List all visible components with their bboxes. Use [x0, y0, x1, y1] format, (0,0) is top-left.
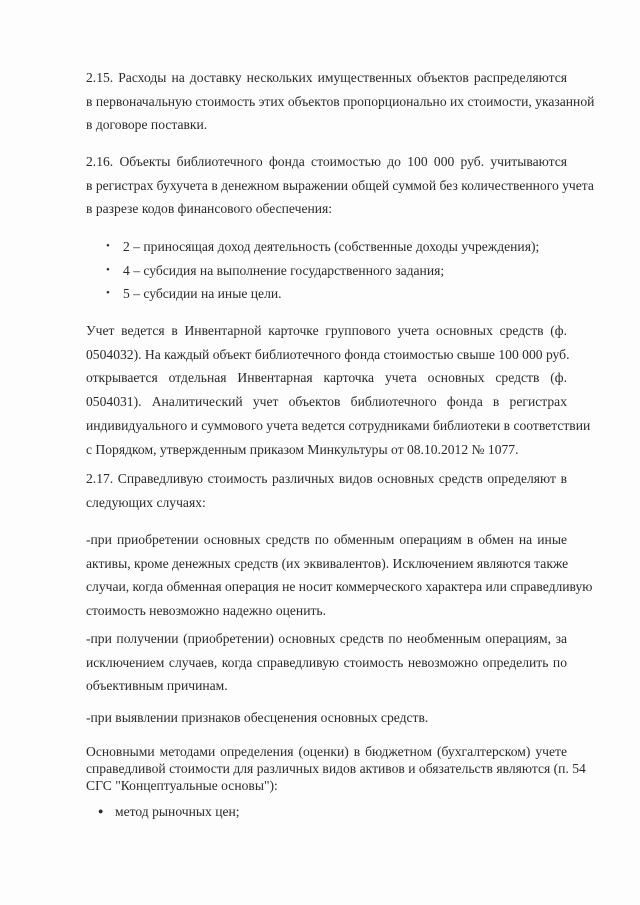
text-line: активы, кроме денежных средств (их эквив…: [86, 552, 567, 576]
text-line: -при приобретении основных средств по об…: [86, 528, 567, 552]
text-line: -при выявлении признаков обесценения осн…: [86, 706, 567, 730]
text-line: индивидуального и суммового учета ведетс…: [86, 414, 567, 438]
text-line: с Порядком, утвержденным приказом Минкул…: [86, 438, 567, 462]
text-line: -при получении (приобретении) основных с…: [86, 627, 567, 651]
text-line: объективным причинам.: [86, 674, 567, 698]
methods-list: ●метод рыночных цен;: [98, 800, 240, 824]
text-line: 0504031). Аналитический учет объектов би…: [86, 390, 567, 414]
case-non-exchange-operations: -при получении (приобретении) основных с…: [86, 627, 567, 698]
text-line: исключением случаев, когда справедливую …: [86, 651, 567, 675]
funding-codes-list: •2 – приносящая доход деятельность (собс…: [106, 235, 539, 306]
text-line: открывается отдельная Инвентарная карточ…: [86, 366, 567, 390]
text-line: 0504032). На каждый объект библиотечного…: [86, 343, 567, 367]
text-line: случаи, когда обменная операция не носит…: [86, 575, 567, 599]
list-item: •4 – субсидия на выполнение государствен…: [106, 259, 539, 283]
document-page: 2.15. Расходы на доставку нескольких иму…: [0, 0, 640, 905]
list-item: •2 – приносящая доход деятельность (собс…: [106, 235, 539, 259]
section-2-15: 2.15. Расходы на доставку нескольких иму…: [86, 66, 567, 137]
text-line: стоимость невозможно надежно оценить.: [86, 599, 567, 623]
text-line: в договоре поставки.: [86, 113, 567, 137]
text-line: в первоначальную стоимость этих объектов…: [86, 90, 567, 114]
bullet-icon: •: [106, 282, 110, 306]
section-2-16: 2.16. Объекты библиотечного фонда стоимо…: [86, 150, 567, 221]
bullet-icon: •: [106, 259, 110, 283]
text-line: Основными методами определения (оценки) …: [86, 744, 567, 761]
text-line: в разрезе кодов финансового обеспечения:: [86, 197, 567, 221]
bullet-icon: •: [106, 235, 110, 259]
text-line: 2.17. Справедливую стоимость различных в…: [86, 467, 567, 491]
section-2-17: 2.17. Справедливую стоимость различных в…: [86, 467, 567, 514]
text-line: СГС "Концептуальные основы"):: [86, 778, 567, 795]
accounting-paragraph: Учет ведется в Инвентарной карточке груп…: [86, 319, 567, 461]
methods-paragraph: Основными методами определения (оценки) …: [86, 744, 567, 794]
bullet-icon: ●: [98, 800, 103, 824]
case-impairment: -при выявлении признаков обесценения осн…: [86, 706, 567, 730]
text-line: 2.15. Расходы на доставку нескольких иму…: [86, 66, 567, 90]
list-item: ●метод рыночных цен;: [98, 800, 240, 824]
text-line: в регистрах бухучета в денежном выражени…: [86, 174, 567, 198]
text-line: 2.16. Объекты библиотечного фонда стоимо…: [86, 150, 567, 174]
text-line: следующих случаях:: [86, 491, 567, 515]
text-line: справедливой стоимости для различных вид…: [86, 761, 567, 778]
case-exchange-operations: -при приобретении основных средств по об…: [86, 528, 567, 623]
text-line: Учет ведется в Инвентарной карточке груп…: [86, 319, 567, 343]
list-item: •5 – субсидии на иные цели.: [106, 282, 539, 306]
